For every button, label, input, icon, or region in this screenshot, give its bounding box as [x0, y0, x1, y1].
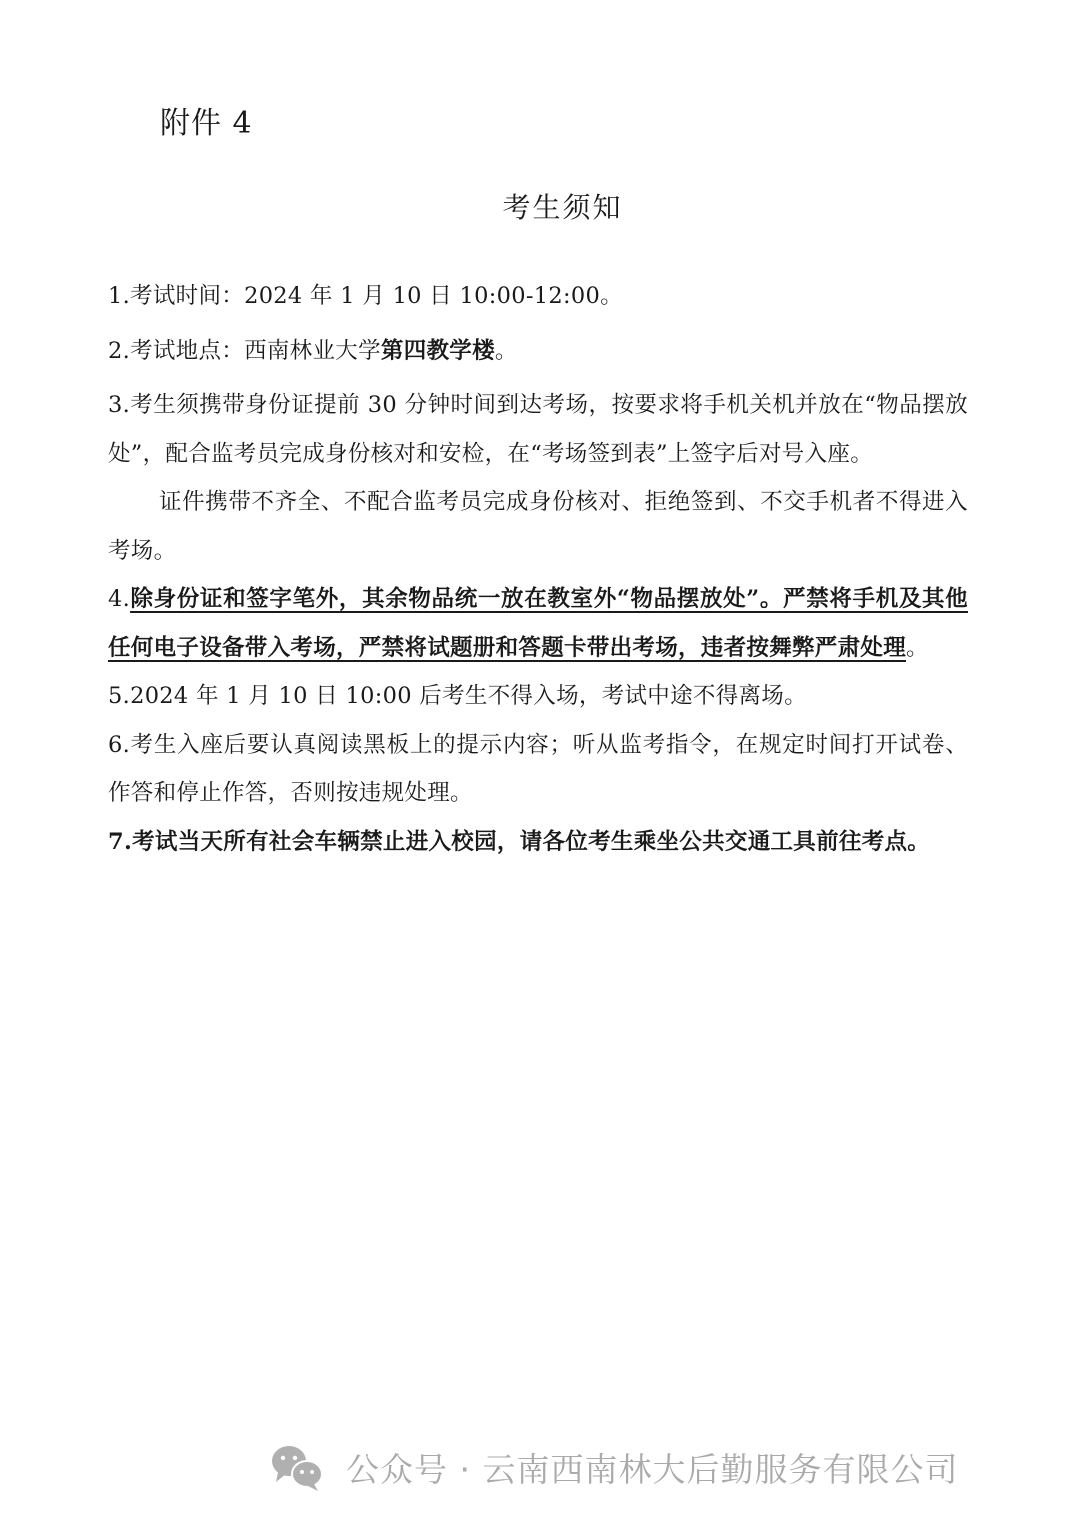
item-6: 6.考生入座后要认真阅读黑板上的提示内容；听从监考指令，在规定时间打开试卷、作答…	[108, 721, 968, 818]
watermark-footer: 公众号 · 云南西南林大后勤服务有限公司	[268, 1442, 958, 1492]
item-5: 5.2024 年 1 月 10 日 10:00 后考生不得入场，考试中途不得离场…	[108, 672, 968, 721]
item-underlined-text: 除身份证和签字笔外，其余物品统一放在教室外“物品摆放处”。严禁将手机及其他任何电…	[108, 586, 968, 661]
notice-body: 1.考试时间：2024 年 1 月 10 日 10:00-12:00。 2.考试…	[108, 272, 968, 866]
wechat-icon	[268, 1442, 326, 1492]
item-number: 1.	[108, 283, 130, 309]
item-number: 6.	[108, 732, 130, 758]
item-3: 3.考生须携带身份证提前 30 分钟时间到达考场，按要求将手机关机并放在“物品摆…	[108, 381, 968, 478]
watermark-text: 公众号 · 云南西南林大后勤服务有限公司	[346, 1444, 958, 1491]
item-3-note: 证件携带不齐全、不配合监考员完成身份核对、拒绝签到、不交手机者不得进入考场。	[108, 478, 968, 575]
page-title: 考生须知	[0, 188, 1080, 228]
item-number: 4.	[108, 586, 130, 612]
item-text: 。	[906, 635, 929, 661]
item-text: 考试时间：2024 年 1 月 10 日 10:00-12:00。	[130, 283, 623, 309]
attachment-label: 附件 4	[160, 104, 253, 144]
item-2: 2.考试地点：西南林业大学第四教学楼。	[108, 327, 968, 376]
item-number: 5.	[108, 683, 130, 709]
item-text: 。	[495, 338, 518, 364]
item-emphasis: 第四教学楼	[381, 338, 495, 364]
item-text: 考生须携带身份证提前 30 分钟时间到达考场，按要求将手机关机并放在“物品摆放处…	[108, 392, 968, 467]
item-4: 4.除身份证和签字笔外，其余物品统一放在教室外“物品摆放处”。严禁将手机及其他任…	[108, 575, 968, 672]
item-text: 考试地点：西南林业大学	[130, 338, 381, 364]
item-text: 考生入座后要认真阅读黑板上的提示内容；听从监考指令，在规定时间打开试卷、作答和停…	[108, 732, 968, 807]
item-text: 考试当天所有社会车辆禁止进入校园，请各位考生乘坐公共交通工具前往考点。	[132, 829, 930, 855]
item-number: 2.	[108, 338, 130, 364]
item-7: 7.考试当天所有社会车辆禁止进入校园，请各位考生乘坐公共交通工具前往考点。	[108, 818, 968, 867]
item-number: 7.	[108, 829, 132, 855]
item-number: 3.	[108, 392, 130, 418]
item-1: 1.考试时间：2024 年 1 月 10 日 10:00-12:00。	[108, 272, 968, 321]
item-text: 2024 年 1 月 10 日 10:00 后考生不得入场，考试中途不得离场。	[130, 683, 807, 709]
